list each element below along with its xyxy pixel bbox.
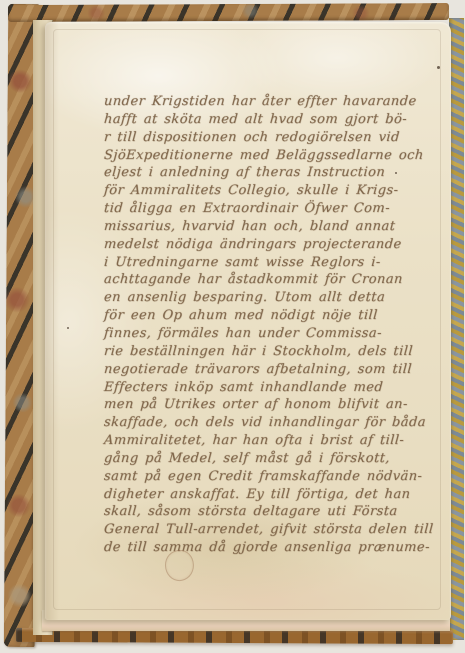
manuscript-line: missarius, hvarvid han och, bland annat (103, 218, 448, 236)
manuscript-line: tid åligga en Extraordinair Öfwer Com- (103, 200, 448, 218)
manuscript-line: achttagande har åstadkommit för Cronan (103, 271, 448, 289)
ink-speck (395, 172, 397, 174)
manuscript-line: Ammiralitetet, har han ofta i brist af t… (103, 432, 448, 450)
manuscript-line: men på Utrikes orter af honom blifvit an… (103, 396, 448, 414)
manuscript-line: SjöExpeditionerne med Beläggssedlarne oc… (103, 147, 448, 165)
manuscript-line: medelst nödiga ändringars projecterande (103, 236, 448, 254)
manuscript-line: de till samma då gjorde ansenliga prænum… (103, 539, 448, 557)
manuscript-line: skall, såsom största deltagare uti Först… (103, 503, 448, 521)
manuscript-line: General Tull-arrendet, gifvit största de… (103, 521, 448, 539)
manuscript-line: för een Op ahum med nödigt nöje till (103, 307, 448, 325)
marbled-fore-edge (449, 18, 464, 640)
manuscript-line: en ansenlig besparing. Utom allt detta (103, 289, 448, 307)
handwritten-text-block: under Krigstiden har åter effter havaran… (104, 93, 448, 557)
manuscript-line: r till dispositionen och redogiörelsen v… (103, 129, 448, 147)
manuscript-line: finnes, förmäles han under Commissa- (103, 325, 448, 343)
manuscript-line: hafft at sköta med alt hvad som gjort bö… (103, 111, 448, 129)
manuscript-line: gång på Medel, self måst gå i förskott, (103, 450, 448, 468)
manuscript-line: Effecters inköp samt inhandlande med (103, 379, 448, 397)
manuscript-line: negotierade trävarors afbetalning, som t… (103, 361, 448, 379)
manuscript-line: rie beställningen här i Stockholm, dels … (103, 343, 448, 361)
manuscript-line: samt på egen Credit framskaffande nödvän… (103, 468, 448, 486)
manuscript-line: under Krigstiden har åter effter havaran… (103, 93, 448, 111)
manuscript-line: skaffade, och dels vid inhandlingar för … (103, 414, 448, 432)
book-cover-edge-top (8, 3, 449, 22)
manuscript-line: för Ammiralitets Collegio, skulle i Krig… (103, 182, 448, 200)
manuscript-page: under Krigstiden har åter effter havaran… (45, 22, 451, 620)
manuscript-line: i Utredningarne samt wisse Reglors i- (103, 254, 448, 272)
scanner-background: { "manuscript": { "description": "Scanne… (0, 0, 465, 653)
ink-speck (437, 66, 440, 69)
manuscript-line: digheter anskaffat. Ey till förtiga, det… (103, 486, 448, 504)
paper-speck (67, 327, 69, 329)
